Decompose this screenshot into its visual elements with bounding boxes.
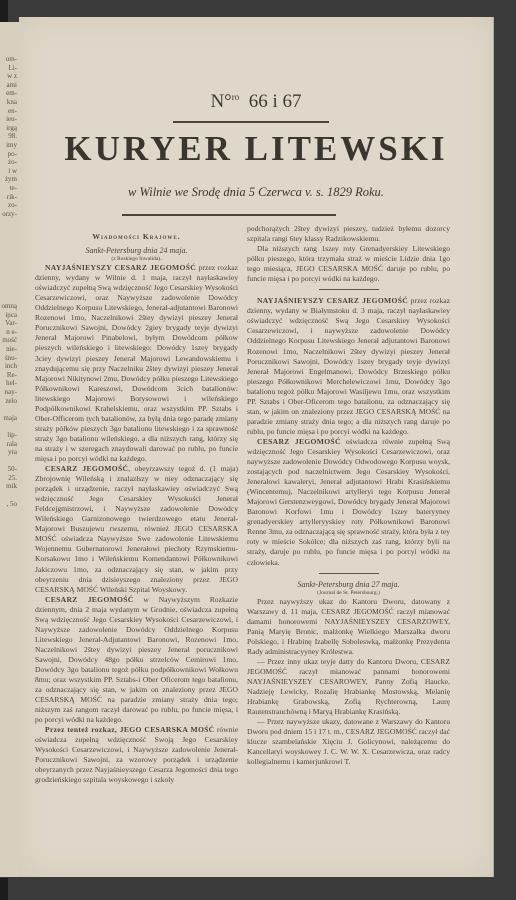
right-column-bottom-paragraphs: Przez naywyższy ukaz do Kantoru Dworu, d…: [247, 597, 450, 768]
paragraph: Przez tenteż rozkaz, JEGO CESARSKA MOŚĆ …: [35, 725, 238, 785]
previous-page-fragment: em-: [2, 89, 17, 98]
paragraph: podchorążych 2štey dywizyi pieszey, tudz…: [247, 224, 450, 244]
newspaper-page: N°ro 66 i 67 KURYER LITEWSKI w Wilnie we…: [19, 17, 494, 878]
paragraph-text: oświadcza równie zupełną Swą wdzięczność…: [247, 437, 450, 567]
previous-page-fragment: [1, 405, 17, 414]
previous-page-fragment: hel-: [1, 379, 17, 388]
paragraph-lead: CESARZ JEGOMOŚĆ: [257, 437, 341, 446]
paragraph: NAYJAŚNIEYSZY CESARZ JEGOMOŚĆ przez rozk…: [247, 296, 450, 437]
previous-page-fragment: orzy-: [2, 210, 17, 219]
article-divider: [319, 289, 379, 290]
masthead-rule-bottom: [122, 214, 336, 216]
issue-number-label: N°: [210, 91, 231, 112]
book-binding-top: [0, 0, 8, 22]
previous-page-fragment: 25.: [1, 474, 17, 483]
previous-page-fragment: [1, 457, 17, 466]
dateline: w Wilnie we Srodę dnia 5 Czerwca v. s. 1…: [19, 185, 493, 200]
previous-page-fragment: po-: [2, 150, 17, 159]
paragraph: — Przez naywyższe ukazy, datowane z Wars…: [247, 717, 450, 767]
paragraph: CESARZ JEGOMOŚĆ w Naywyższym Rozkazie dz…: [35, 595, 238, 726]
previous-page-fragment: te-: [2, 184, 17, 193]
previous-page-fragment: ami: [2, 81, 17, 90]
previous-page-fragment: mik: [1, 482, 17, 491]
paragraph-text: — Przez naywyższe ukazy, datowane z Wars…: [247, 717, 450, 766]
previous-page-fragment: żo-: [2, 158, 17, 167]
article-divider-2: [319, 573, 379, 574]
previous-page-fragment: żym: [2, 175, 17, 184]
book-binding-bottom: [0, 878, 8, 900]
previous-page-fragment: n e-: [1, 328, 17, 337]
paragraph: CESARZ JEGOMOŚĆ oświadcza równie zupełną…: [247, 437, 450, 568]
paragraph: — Przez inny ukaz teyje datty do Kantoru…: [247, 657, 450, 717]
paragraph-lead: CESARZ JEGOMOŚĆ: [45, 464, 128, 473]
masthead-rule-top: [173, 121, 329, 123]
previous-page-fragment: rala: [1, 440, 17, 449]
previous-page-fragment: ieu-: [2, 115, 17, 124]
previous-page-fragment: 50-: [1, 465, 17, 474]
previous-page-fragment: Re-: [1, 371, 17, 380]
previous-page-fragment: imy: [2, 141, 17, 150]
paragraph-lead: Przez tenteż rozkaz, JEGO CESARSKA MOŚĆ: [45, 725, 214, 734]
section-title: Wiadomości Krajowe.: [35, 232, 238, 242]
previous-page-fragment: rik-: [2, 193, 17, 202]
paragraph-text: przez rozkaz dzienny, wydany w Białymsto…: [247, 296, 450, 436]
right-column-top-paragraphs: podchorążych 2štey dywizyi pieszey, tudz…: [247, 224, 450, 284]
previous-page-fragment: , 5o: [1, 500, 17, 509]
paragraph: NAYJAŚNIEYSZY CESARZ JEGOMOŚĆ przez rozk…: [35, 263, 238, 464]
paragraph: Przez naywyższy ukaz do Kantoru Dworu, d…: [247, 597, 450, 657]
issue-number-sup: ro: [232, 92, 240, 102]
previous-page-fragment: ipca: [1, 311, 17, 320]
previous-page-fragment: nie-: [1, 345, 17, 354]
previous-page-fragment: zelo: [1, 397, 17, 406]
previous-page-fragment: nay-: [1, 388, 17, 397]
previous-page-edge: om-Li-w zamiem-knaen-ieu-irgą98.imypo-żo…: [0, 22, 20, 877]
left-column: Wiadomości Krajowe. Sankt-Petersburg dni…: [35, 224, 238, 786]
paragraph-text: w Naywyższym Rozkazie dziennym, dnia 2 m…: [35, 595, 238, 725]
previous-page-fragment: Li-: [2, 64, 17, 73]
previous-page-text-bottom: omnąipcaVar-n e-mośćnie-śnu-inchRe-hel-n…: [1, 302, 18, 508]
scan-background-bottom: [0, 877, 516, 900]
previous-page-fragment: yra: [1, 448, 17, 457]
paragraph-lead: NAYJAŚNIEYSZY CESARZ JEGOMOŚĆ: [45, 263, 196, 272]
previous-page-fragment: en-: [2, 107, 17, 116]
previous-page-fragment: w z: [2, 72, 17, 81]
newspaper-title: KURYER LITEWSKI: [19, 129, 493, 169]
dispatch-source-2: (Journal de St. Petersbourg.): [247, 590, 450, 597]
paragraph: CESARZ JEGOMOŚĆ, obeyrzawszy tegoż d. (1…: [35, 464, 238, 595]
paragraph-text: , obeyrzawszy tegoż d. (1 maja) Zbrojown…: [35, 464, 238, 594]
paragraph-text: podchorążych 2štey dywizyi pieszey, tudz…: [247, 224, 450, 243]
dispatch-place-date: Sankt-Petersburg dnia 24 maja.: [35, 246, 238, 256]
previous-page-fragment: lip-: [1, 431, 17, 440]
previous-page-fragment: om-: [2, 55, 17, 64]
paragraph-text: Dla niższych rang 1szey roty Grenadyersk…: [247, 244, 450, 283]
previous-page-fragment: omną: [1, 302, 17, 311]
paragraph: Dla niższych rang 1szey roty Grenadyersk…: [247, 244, 450, 284]
paragraph-text: przez rozkaz dzienny, wydany w Wilnie d.…: [35, 263, 238, 463]
paragraph-lead: CESARZ JEGOMOŚĆ: [45, 595, 134, 604]
right-column: podchorążych 2štey dywizyi pieszey, tudz…: [247, 224, 450, 767]
previous-page-fragment: [1, 491, 17, 500]
previous-page-fragment: [1, 422, 17, 431]
previous-page-fragment: mość: [1, 336, 17, 345]
previous-page-fragment: kna: [2, 98, 17, 107]
dispatch-place-date-2: Sankt-Petersburg dnia 27 maja.: [247, 580, 450, 590]
paragraph-text: — Przez inny ukaz teyje datty do Kantoru…: [247, 657, 450, 716]
right-column-mid-paragraphs: NAYJAŚNIEYSZY CESARZ JEGOMOŚĆ przez rozk…: [247, 296, 450, 567]
left-column-paragraphs: NAYJAŚNIEYSZY CESARZ JEGOMOŚĆ przez rozk…: [35, 263, 238, 785]
paragraph-text: Przez naywyższy ukaz do Kantoru Dworu, d…: [247, 597, 450, 656]
previous-page-fragment: śnu-: [1, 354, 17, 363]
issue-number: N°ro 66 i 67: [19, 91, 493, 113]
previous-page-fragment: irgą: [2, 124, 17, 133]
previous-page-fragment: inch: [1, 362, 17, 371]
previous-page-fragment: i w: [2, 167, 17, 176]
paragraph-lead: NAYJAŚNIEYSZY CESARZ JEGOMOŚĆ: [257, 296, 408, 305]
issue-number-value: 66 i 67: [249, 91, 302, 112]
previous-page-fragment: zo-: [2, 201, 17, 210]
previous-page-text-top: om-Li-w zamiem-knaen-ieu-irgą98.imypo-żo…: [2, 55, 18, 218]
previous-page-fragment: maja: [1, 414, 17, 423]
previous-page-fragment: 98.: [2, 132, 17, 141]
previous-page-fragment: Var-: [1, 319, 17, 328]
